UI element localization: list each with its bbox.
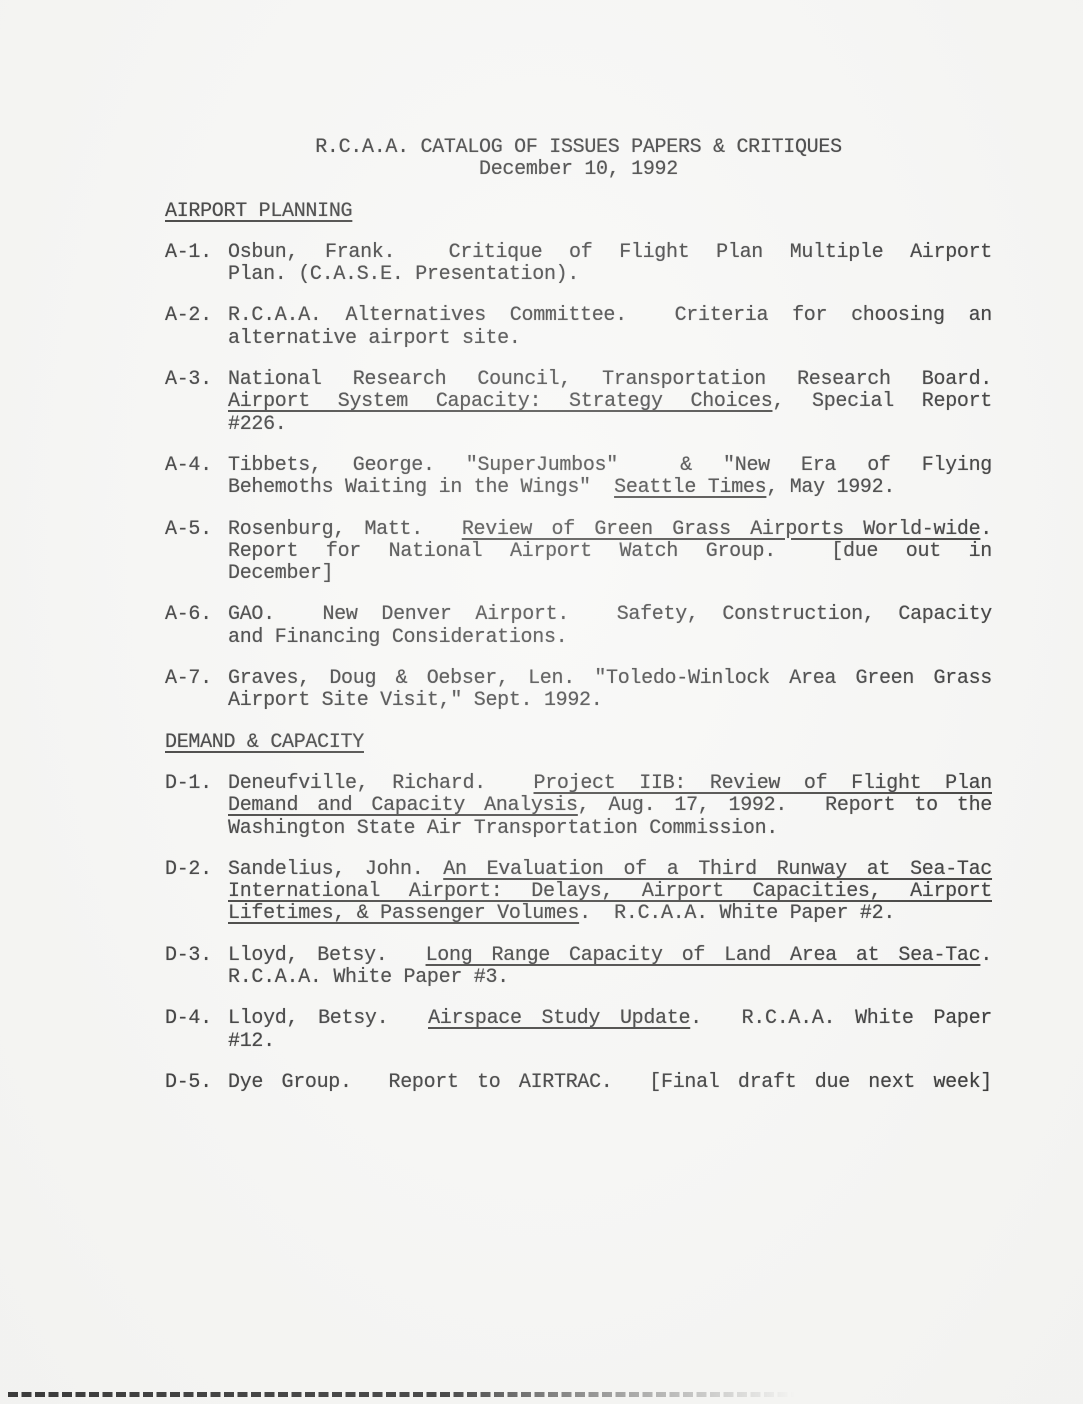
entry-line: Osbun, Frank. Critique of Flight Plan Mu… (228, 242, 992, 264)
document-date: December 10, 1992 (165, 159, 992, 181)
document-title: R.C.A.A. CATALOG OF ISSUES PAPERS & CRIT… (165, 137, 992, 159)
text-segment: Washington State Air Transportation Comm… (228, 817, 778, 840)
entry-line: Washington State Air Transportation Comm… (228, 818, 992, 840)
entry-line: Dye Group. Report to AIRTRAC. [Final dra… (228, 1072, 992, 1094)
entry-line: R.C.A.A. White Paper #3. (228, 967, 992, 989)
catalog-entry: A-2.R.C.A.A. Alternatives Committee. Cri… (165, 305, 992, 350)
text-segment: December] (228, 562, 333, 585)
entry-label: A-5. (165, 519, 212, 541)
entry-line: Behemoths Waiting in the Wings" Seattle … (228, 477, 992, 499)
text-segment: . (980, 944, 992, 967)
underlined-title-segment: An Evaluation of a Third Runway at Sea-T… (443, 858, 992, 881)
entry-line: Sandelius, John. An Evaluation of a Thir… (228, 859, 992, 881)
entry-label: A-6. (165, 604, 212, 626)
text-segment: . R.C.A.A. White Paper (690, 1007, 992, 1030)
entry-line: International Airport: Delays, Airport C… (228, 881, 992, 903)
entry-line: Deneufville, Richard. Project IIB: Revie… (228, 773, 992, 795)
entry-line: #226. (228, 414, 992, 436)
text-segment: Plan. (C.A.S.E. Presentation). (228, 263, 579, 286)
catalog-entry: A-4.Tibbets, George. "SuperJumbos" & "Ne… (165, 455, 992, 500)
underlined-title-segment: Review of Green Grass Airports World-wid… (462, 518, 980, 541)
entry-line: Rosenburg, Matt. Review of Green Grass A… (228, 519, 992, 541)
text-segment: National Research Council, Transportatio… (228, 368, 992, 391)
text-segment: , Special Report (772, 390, 992, 413)
text-segment: Report for National Airport Watch Group.… (228, 540, 992, 563)
entry-line: Report for National Airport Watch Group.… (228, 541, 992, 563)
underlined-title-segment: Lifetimes, & Passenger Volumes (228, 902, 579, 925)
underlined-title-segment: International Airport: Delays, Airport C… (228, 880, 992, 903)
catalog-entry: A-5.Rosenburg, Matt. Review of Green Gra… (165, 519, 992, 586)
text-segment: GAO. New Denver Airport. Safety, Constru… (228, 603, 992, 626)
entry-line: GAO. New Denver Airport. Safety, Constru… (228, 604, 992, 626)
underlined-title-segment: Long Range Capacity of Land Area at Sea-… (426, 944, 981, 967)
text-segment: Graves, Doug & Oebser, Len. "Toledo-Winl… (228, 667, 992, 690)
catalog-entry: D-5.Dye Group. Report to AIRTRAC. [Final… (165, 1072, 992, 1094)
underlined-title-segment: Airport System Capacity: Strategy Choice… (228, 390, 772, 413)
entry-label: A-4. (165, 455, 212, 477)
catalog-entry: A-1.Osbun, Frank. Critique of Flight Pla… (165, 242, 992, 287)
section-header-line: DEMAND & CAPACITY (165, 732, 992, 754)
catalog-entry: D-4.Lloyd, Betsy. Airspace Study Update.… (165, 1008, 992, 1053)
text-segment: , Aug. 17, 1992. Report to the (578, 794, 992, 817)
text-segment: , May 1992. (766, 476, 895, 499)
text-segment: R.C.A.A. Alternatives Committee. Criteri… (228, 304, 992, 327)
underlined-title-segment: Project IIB: Review of Flight Plan (534, 772, 992, 795)
entry-line: Plan. (C.A.S.E. Presentation). (228, 264, 992, 286)
underlined-title-segment: Demand and Capacity Analysis (228, 794, 578, 817)
entry-label: D-4. (165, 1008, 212, 1030)
catalog-entry: A-3.National Research Council, Transport… (165, 369, 992, 436)
text-segment: Osbun, Frank. Critique of Flight Plan Mu… (228, 241, 992, 264)
catalog-entry: D-1.Deneufville, Richard. Project IIB: R… (165, 773, 992, 840)
entry-line: Airport System Capacity: Strategy Choice… (228, 391, 992, 413)
entry-label: A-3. (165, 369, 212, 391)
section-header: AIRPORT PLANNING (165, 200, 352, 223)
text-segment: #12. (228, 1030, 275, 1053)
catalog-entry: A-6.GAO. New Denver Airport. Safety, Con… (165, 604, 992, 649)
entry-line: Airport Site Visit," Sept. 1992. (228, 690, 992, 712)
catalog-entry: D-3.Lloyd, Betsy. Long Range Capacity of… (165, 945, 992, 990)
text-segment: and Financing Considerations. (228, 626, 567, 649)
entry-line: and Financing Considerations. (228, 627, 992, 649)
text-segment: #226. (228, 413, 287, 436)
section: DEMAND & CAPACITYD-1.Deneufville, Richar… (165, 732, 992, 1095)
text-segment: Airport Site Visit," Sept. 1992. (228, 689, 602, 712)
section: AIRPORT PLANNINGA-1.Osbun, Frank. Critiq… (165, 201, 992, 713)
entry-label: A-2. (165, 305, 212, 327)
text-segment: Deneufville, Richard. (228, 772, 534, 795)
entry-label: D-3. (165, 945, 212, 967)
text-segment: Lloyd, Betsy. (228, 944, 426, 967)
entry-line: National Research Council, Transportatio… (228, 369, 992, 391)
section-header-line: AIRPORT PLANNING (165, 201, 992, 223)
entry-line: Demand and Capacity Analysis, Aug. 17, 1… (228, 795, 992, 817)
entry-line: #12. (228, 1031, 992, 1053)
entry-line: alternative airport site. (228, 328, 992, 350)
entry-line: R.C.A.A. Alternatives Committee. Criteri… (228, 305, 992, 327)
underlined-title-segment: Airspace Study Update (428, 1007, 690, 1030)
entry-line: December] (228, 563, 992, 585)
text-segment: Dye Group. Report to AIRTRAC. [Final dra… (228, 1071, 992, 1094)
entry-label: A-1. (165, 242, 212, 264)
entry-line: Tibbets, George. "SuperJumbos" & "New Er… (228, 455, 992, 477)
text-segment: . (980, 518, 992, 541)
section-header: DEMAND & CAPACITY (165, 731, 364, 754)
entry-line: Graves, Doug & Oebser, Len. "Toledo-Winl… (228, 668, 992, 690)
entry-label: D-2. (165, 859, 212, 881)
text-segment: Behemoths Waiting in the Wings" (228, 476, 614, 499)
catalog-entry: D-2.Sandelius, John. An Evaluation of a … (165, 859, 992, 926)
text-segment: R.C.A.A. White Paper #3. (228, 966, 509, 989)
entry-label: A-7. (165, 668, 212, 690)
catalog-entry: A-7.Graves, Doug & Oebser, Len. "Toledo-… (165, 668, 992, 713)
scanned-page: R.C.A.A. CATALOG OF ISSUES PAPERS & CRIT… (165, 137, 992, 1113)
entry-line: Lloyd, Betsy. Long Range Capacity of Lan… (228, 945, 992, 967)
entry-line: Lifetimes, & Passenger Volumes. R.C.A.A.… (228, 903, 992, 925)
text-segment: alternative airport site. (228, 327, 521, 350)
underlined-title-segment: Seattle Times (614, 476, 766, 499)
entry-label: D-5. (165, 1072, 212, 1094)
entry-line: Lloyd, Betsy. Airspace Study Update. R.C… (228, 1008, 992, 1030)
page-bottom-dashed-divider (8, 1392, 803, 1397)
text-segment: . R.C.A.A. White Paper #2. (579, 902, 895, 925)
text-segment: Tibbets, George. "SuperJumbos" & "New Er… (228, 454, 992, 477)
entry-label: D-1. (165, 773, 212, 795)
catalog-sections: AIRPORT PLANNINGA-1.Osbun, Frank. Critiq… (165, 201, 992, 1095)
text-segment: Lloyd, Betsy. (228, 1007, 428, 1030)
text-segment: Rosenburg, Matt. (228, 518, 462, 541)
title-block: R.C.A.A. CATALOG OF ISSUES PAPERS & CRIT… (165, 137, 992, 182)
text-segment: Sandelius, John. (228, 858, 443, 881)
